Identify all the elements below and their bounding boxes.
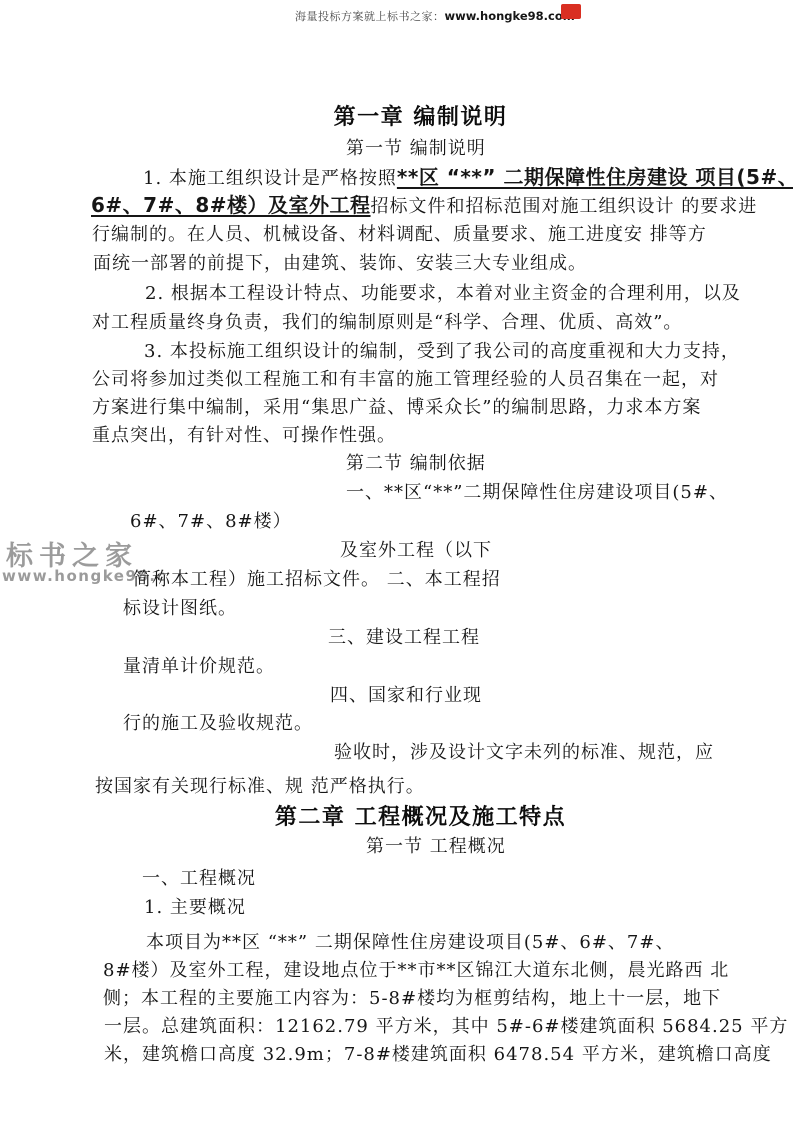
section-1-1-title: 第一节 编制说明	[346, 138, 486, 161]
para-1-line-2: 6#、7#、8#楼）及室外工程招标文件和招标范围对施工组织设计 的要求进	[91, 193, 757, 219]
basis-1-line-4: 简称本工程）施工招标文件。 二、本工程招	[133, 569, 501, 592]
basis-1-line-2: 6#、7#、8#楼）	[130, 511, 292, 534]
overview-line-5: 米，建筑檐口高度 32.9m；7-8#楼建筑面积 6478.54 平方米，建筑檐…	[104, 1044, 772, 1067]
para-3-line-1: 3. 本投标施工组织设计的编制，受到了我公司的高度重视和大力支持，	[144, 341, 740, 364]
basis-4-line-1: 四、国家和行业现	[330, 685, 482, 708]
para-2-line-1: 2. 根据本工程设计特点、功能要求，本着对业主资金的合理利用，以及	[145, 283, 741, 306]
para-2-line-2: 对工程质量终身负责，我们的编制原则是“科学、合理、优质、高效”。	[92, 312, 682, 335]
overview-line-1: 本项目为**区 “**” 二期保障性住房建设项目(5#、6#、7#、	[146, 932, 674, 955]
basis-3-line-2: 量清单计价规范。	[123, 656, 275, 679]
basis-1-line-3: 及室外工程（以下	[340, 540, 492, 563]
red-stamp-icon	[561, 4, 581, 19]
para-1-normal-text: 1. 本施工组织设计是严格按照	[143, 168, 397, 189]
para-3-line-2: 公司将参加过类似工程施工和有丰富的施工管理经验的人员召集在一起，对	[92, 369, 719, 392]
para-1-highlight-2: 6#、7#、8#楼）及室外工程	[91, 193, 371, 217]
basis-3-line-1: 三、建设工程工程	[328, 627, 480, 650]
para-1-highlight-1: **区 “**” 二期保障性住房建设 项目(5#、	[397, 165, 793, 189]
para-1-normal-text-2: 招标文件和招标范围对施工组织设计 的要求进	[371, 196, 758, 217]
section-2-1-title: 第一节 工程概况	[366, 836, 506, 859]
para-1-line-1: 1. 本施工组织设计是严格按照**区 “**” 二期保障性住房建设 项目(5#、	[143, 165, 793, 191]
para-1-line-3: 行编制的。在人员、机械设备、材料调配、质量要求、施工进度安 排等方	[92, 224, 707, 247]
site-header-text: 海量投标方案就上标书之家：	[295, 10, 445, 23]
site-header-url: www.hongke98.com	[445, 9, 575, 23]
site-header: 海量投标方案就上标书之家：www.hongke98.com	[295, 8, 575, 24]
document-page: 海量投标方案就上标书之家：www.hongke98.com 标书之家 www.h…	[0, 0, 793, 1122]
note-line-1: 验收时，涉及设计文字未列的标准、规范，应	[334, 742, 714, 765]
overview-line-4: 一层。总建筑面积：12162.79 平方米，其中 5#-6#楼建筑面积 5684…	[104, 1016, 788, 1039]
note-line-2: 按国家有关现行标准、规 范严格执行。	[95, 776, 425, 799]
overview-heading: 一、工程概况	[142, 868, 256, 891]
chapter-2-title: 第二章 工程概况及施工特点	[0, 800, 793, 831]
para-3-line-3: 方案进行集中编制，采用“集思广益、博采众长”的编制思路，力求本方案	[92, 397, 701, 420]
overview-subheading: 1. 主要概况	[144, 897, 246, 920]
basis-1-line-1: 一、**区“**”二期保障性住房建设项目(5#、	[346, 482, 728, 505]
chapter-1-title: 第一章 编制说明	[0, 100, 793, 131]
para-3-line-4: 重点突出，有针对性、可操作性强。	[92, 425, 396, 448]
basis-4-line-2: 行的施工及验收规范。	[123, 713, 313, 736]
section-1-2-title: 第二节 编制依据	[346, 453, 486, 476]
basis-1-line-5: 标设计图纸。	[123, 598, 237, 621]
overview-line-3: 侧；本工程的主要施工内容为：5-8#楼均为框剪结构，地上十一层，地下	[103, 988, 721, 1011]
para-1-line-4: 面统一部署的前提下，由建筑、装饰、安装三大专业组成。	[93, 253, 587, 276]
overview-line-2: 8#楼）及室外工程，建设地点位于**市**区锦江大道东北侧，晨光路西 北	[103, 960, 729, 983]
